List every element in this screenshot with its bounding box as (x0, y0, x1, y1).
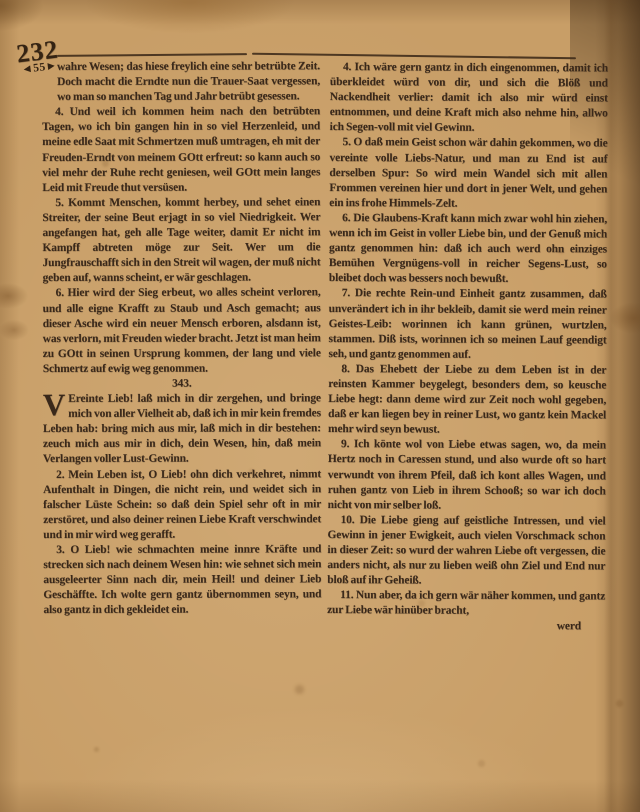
verse-paragraph: 3. O Lieb! wie schmachten meine innre Kr… (43, 542, 321, 618)
left-column: wahre Wesen; das hiese freylich eine seh… (42, 59, 321, 618)
header-rule-right (252, 53, 576, 60)
verse-paragraph: 6. Die Glaubens-Kraft kann mich zwar woh… (329, 211, 607, 288)
continuation-paragraph: wahre Wesen; das hiese freylich eine seh… (42, 59, 320, 105)
hymn-opening-paragraph: VEreinte Lieb! laß mich in dir zergehen,… (43, 391, 321, 467)
verse-paragraph: 7. Die rechte Rein-und Einheit gantz zus… (328, 286, 606, 363)
verse-paragraph: 2. Mein Leben ist, O Lieb! ohn dich verk… (43, 467, 321, 543)
header-rule-left (57, 53, 247, 57)
right-column: 4. Ich wäre gern gantz in dich eingenomm… (327, 60, 608, 635)
verse-paragraph: 8. Das Ehebett der Liebe zu dem Leben is… (328, 362, 606, 439)
verse-paragraph: 6. Hier wird der Sieg erbeut, wo alles s… (43, 286, 321, 377)
verse-paragraph: 9. Ich könte wol von Liebe etwas sagen, … (328, 437, 606, 514)
book-page: 232 ◄55► wahre Wesen; das hiese freylich… (0, 0, 640, 812)
catchword: werd (327, 618, 605, 635)
page-number-spacer (42, 60, 57, 91)
verse-paragraph: 4. Und weil ich kommen heim nach den bet… (42, 105, 320, 196)
drop-cap-initial: V (43, 392, 68, 420)
verse-paragraph: 5. Kommt Menschen, kommt herbey, und seh… (42, 195, 320, 286)
hymn-number: 343. (43, 376, 321, 392)
verse-paragraph: 10. Die Liebe gieng auf geistliche Intre… (327, 513, 605, 590)
verse-paragraph: 5. O daß mein Geist schon wär dahin geko… (329, 135, 607, 212)
foxing-specks (0, 0, 3, 3)
hymn-opening-text: Ereinte Lieb! laß mich in dir zergehen, … (43, 392, 321, 465)
verse-paragraph: 4. Ich wäre gern gantz in dich eingenomm… (330, 60, 608, 137)
verse-paragraph: 11. Nun aber, da ich gern wär näher komm… (327, 588, 605, 620)
